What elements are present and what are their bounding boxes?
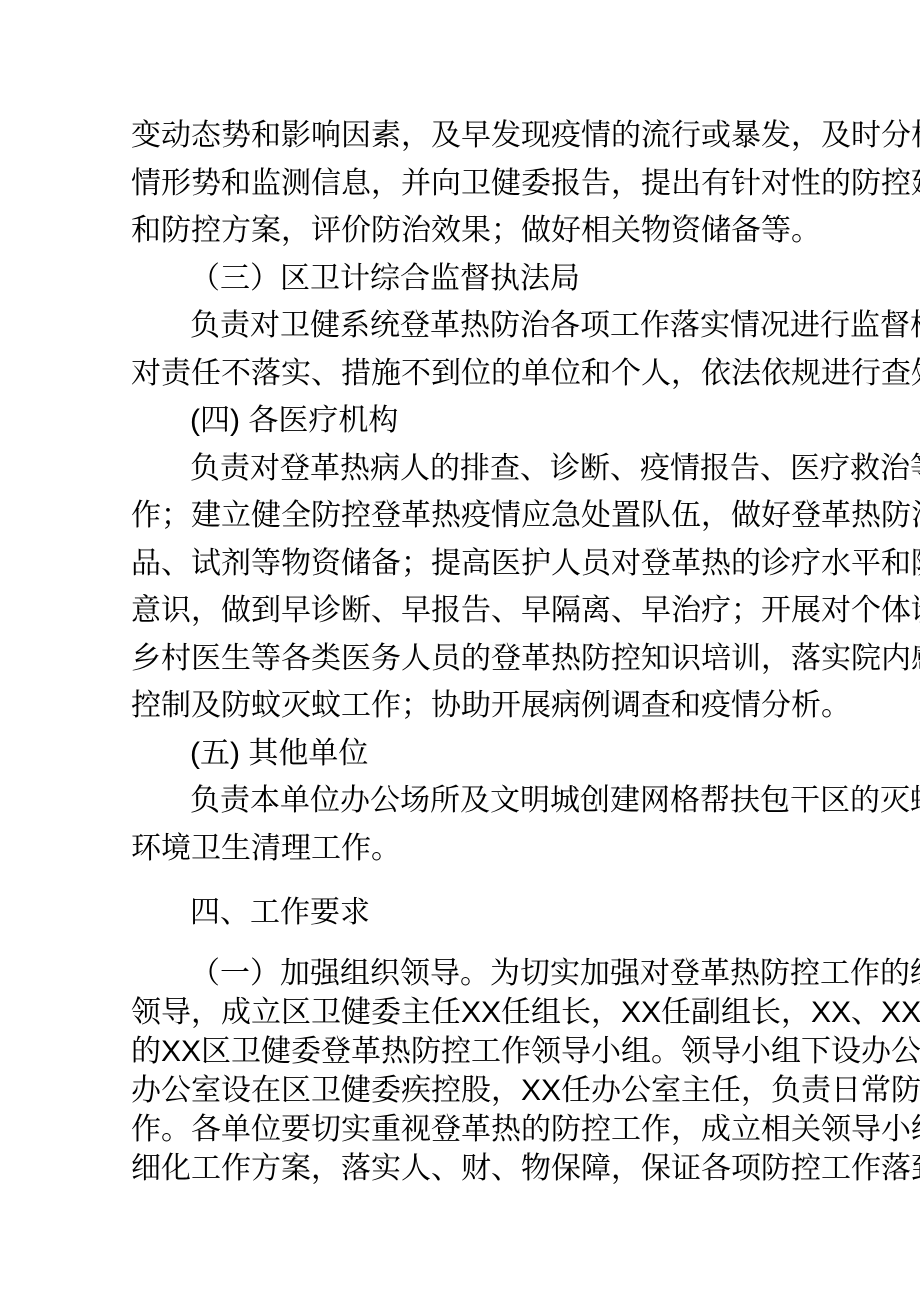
paragraph-heading: (五) 其他单位 xyxy=(131,730,821,778)
text-line: （一）加强组织领导。为切实加强对登革热防控工作的组织 xyxy=(131,954,821,993)
text-line: 细化工作方案，落实人、财、物保障，保证各项防控工作落到实 xyxy=(131,1149,821,1188)
text-line: 和防控方案，评价防治效果；做好相关物资储备等。 xyxy=(131,207,821,255)
text-line: 品、试剂等物资储备；提高医护人员对登革热的诊疗水平和防控 xyxy=(131,540,821,588)
text-line: 的XX区卫健委登革热防控工作领导小组。领导小组下设办公室， xyxy=(131,1032,821,1071)
text-line: 意识，做到早诊断、早报告、早隔离、早治疗；开展对个体诊所、 xyxy=(131,587,821,635)
text-line: 四、工作要求 xyxy=(131,889,821,937)
text-line: (五) 其他单位 xyxy=(131,730,821,778)
text-line: 对责任不落实、措施不到位的单位和个人，依法依规进行查处。 xyxy=(131,350,821,398)
text-line: (四) 各医疗机构 xyxy=(131,397,821,445)
text-line: 负责对登革热病人的排查、诊断、疫情报告、医疗救治等工 xyxy=(131,445,821,493)
text-line: 作。各单位要切实重视登革热的防控工作，成立相关领导小组， xyxy=(131,1110,821,1149)
text-line: 情形势和监测信息，并向卫健委报告，提出有针对性的防控建议 xyxy=(131,160,821,208)
text-line: 乡村医生等各类医务人员的登革热防控知识培训，落实院内感染 xyxy=(131,635,821,683)
text-line: 控制及防蚊灭蚊工作；协助开展病例调查和疫情分析。 xyxy=(131,682,821,730)
text-line: 变动态势和影响因素，及早发现疫情的流行或暴发，及时分析疫 xyxy=(131,112,821,160)
paragraph-heading: 四、工作要求 xyxy=(131,889,821,937)
text-line: 负责本单位办公场所及文明城创建网格帮扶包干区的灭蚊和 xyxy=(131,777,821,825)
paragraph-body: 变动态势和影响因素，及早发现疫情的流行或暴发，及时分析疫情形势和监测信息，并向卫… xyxy=(131,112,821,255)
paragraph-body: 负责对卫健系统登革热防治各项工作落实情况进行监督检查，对责任不落实、措施不到位的… xyxy=(131,302,821,397)
text-line: 作；建立健全防控登革热疫情应急处置队伍，做好登革热防治药 xyxy=(131,492,821,540)
text-line: 负责对卫健系统登革热防治各项工作落实情况进行监督检查， xyxy=(131,302,821,350)
paragraph-heading: （三）区卫计综合监督执法局 xyxy=(131,255,821,303)
paragraph-body: 负责本单位办公场所及文明城创建网格帮扶包干区的灭蚊和环境卫生清理工作。 xyxy=(131,777,821,872)
text-line: 环境卫生清理工作。 xyxy=(131,825,821,873)
paragraph-body: （一）加强组织领导。为切实加强对登革热防控工作的组织领导，成立区卫健委主任XX任… xyxy=(131,954,821,1188)
document-page: 变动态势和影响因素，及早发现疫情的流行或暴发，及时分析疫情形势和监测信息，并向卫… xyxy=(0,0,920,1301)
text-line: 领导，成立区卫健委主任XX任组长，XX任副组长，XX、XX为成员 xyxy=(131,993,821,1032)
paragraph-body: 负责对登革热病人的排查、诊断、疫情报告、医疗救治等工作；建立健全防控登革热疫情应… xyxy=(131,445,821,730)
text-line: 办公室设在区卫健委疾控股，XX任办公室主任，负责日常防控工 xyxy=(131,1071,821,1110)
paragraph-heading: (四) 各医疗机构 xyxy=(131,397,821,445)
text-line: （三）区卫计综合监督执法局 xyxy=(131,255,821,303)
document-text-block: 变动态势和影响因素，及早发现疫情的流行或暴发，及时分析疫情形势和监测信息，并向卫… xyxy=(131,112,821,1188)
